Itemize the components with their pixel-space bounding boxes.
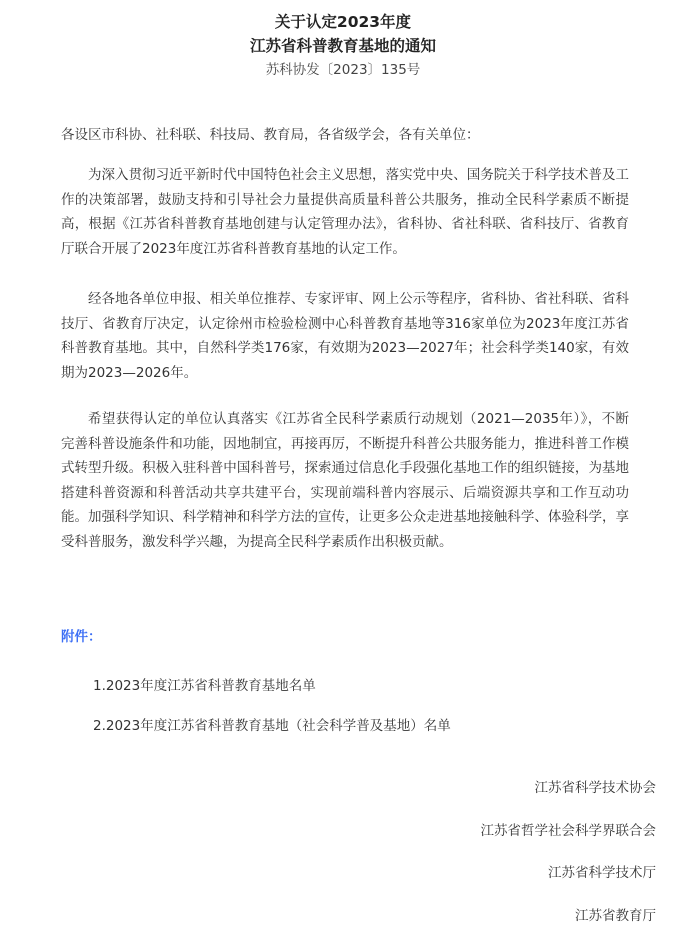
paragraph-expectations: 希望获得认定的单位认真落实《江苏省全民科学素质行动规划（2021—2035年）》… [61,407,629,554]
notice-title-line2: 江苏省科普教育基地的通知 [0,36,686,56]
attachment-item-1[interactable]: 1.2023年度江苏省科普教育基地名单 [93,676,316,696]
signatory-education-dept: 江苏省教育厅 [575,906,656,926]
signatory-science-association: 江苏省科学技术协会 [535,778,657,798]
paragraph-purpose: 为深入贯彻习近平新时代中国特色社会主义思想，落实党中央、国务院关于科学技术普及工… [61,163,629,261]
signatory-social-sciences-federation: 江苏省哲学社会科学界联合会 [481,821,657,841]
document-number: 苏科协发〔2023〕135号 [0,61,686,79]
salutation: 各设区市科协、社科联、科技局、教育局，各省级学会，各有关单位： [61,125,480,145]
attachments-label: 附件： [61,627,102,647]
attachment-item-2[interactable]: 2.2023年度江苏省科普教育基地（社会科学普及基地）名单 [93,716,451,736]
notice-title-line1: 关于认定2023年度 [0,12,686,32]
signatory-science-technology-dept: 江苏省科学技术厅 [548,863,656,883]
paragraph-decision: 经各地各单位申报、相关单位推荐、专家评审、网上公示等程序，省科协、省社科联、省科… [61,287,629,385]
